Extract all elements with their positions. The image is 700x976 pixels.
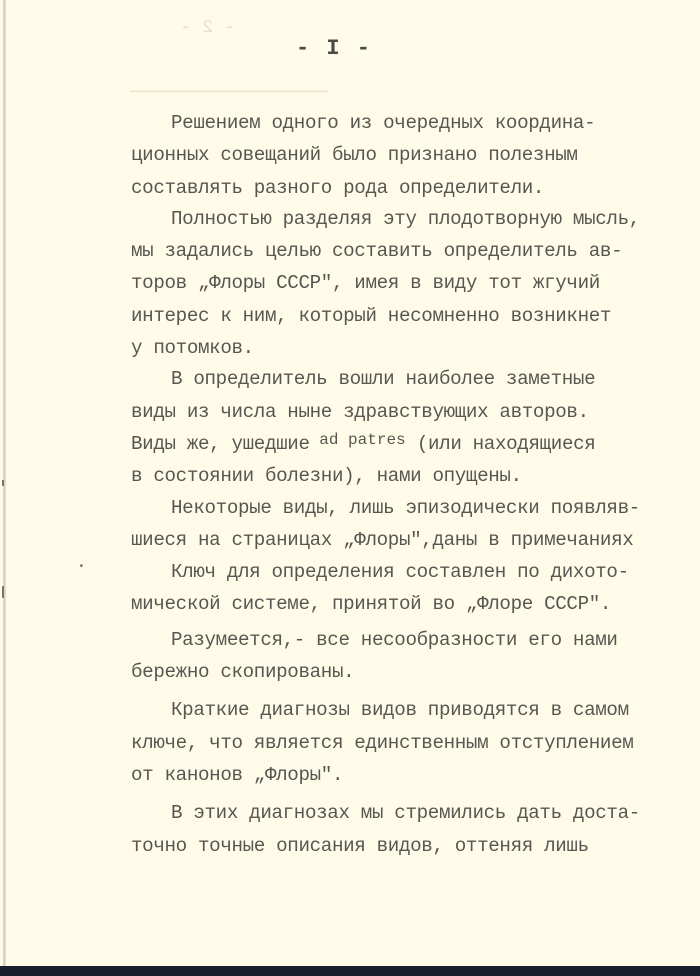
text-line: торов „Флоры СССР", имея в виду тот жгуч… bbox=[131, 267, 700, 299]
line-text: интерес к ним, который несомненно возник… bbox=[131, 305, 611, 327]
text-line: мы задались целью составить определитель… bbox=[131, 235, 700, 267]
margin-mark bbox=[2, 586, 4, 598]
margin-mark bbox=[2, 480, 4, 486]
line-text: мы задались целью составить определитель… bbox=[131, 240, 622, 262]
text-line: шиеся на страницах „Флоры",даны в примеч… bbox=[131, 524, 700, 556]
line-text: в состоянии болезни), нами опущены. bbox=[131, 465, 522, 487]
text-line: Виды же, ушедшие ad patres (или находящи… bbox=[131, 428, 700, 460]
margin-dot: . bbox=[76, 553, 87, 573]
line-text: В определитель вошли наиболее заметные bbox=[171, 368, 595, 390]
page-number: - I - bbox=[296, 36, 372, 61]
line-text: от канонов „Флоры". bbox=[131, 764, 343, 786]
latin-phrase: ad patres bbox=[310, 431, 406, 449]
text-line: Решением одного из очередных координа- bbox=[131, 107, 700, 139]
text-line: от канонов „Флоры". bbox=[131, 759, 700, 791]
scan-bottom-edge bbox=[0, 966, 700, 976]
text-line: мической системе, принятой во „Флоре ССС… bbox=[131, 588, 700, 620]
line-text-rest: (или находящиеся bbox=[406, 433, 596, 455]
text-line: у потомков. bbox=[131, 332, 700, 364]
line-text: у потомков. bbox=[131, 337, 254, 359]
text-line: интерес к ним, который несомненно возник… bbox=[131, 300, 700, 332]
text-line: Ключ для определения составлен по дихото… bbox=[131, 556, 700, 588]
line-text: Некоторые виды, лишь эпизодически появля… bbox=[171, 497, 640, 519]
text-line: В этих диагнозах мы стремились дать дост… bbox=[131, 797, 700, 829]
text-line: составлять разного рода определители. bbox=[131, 172, 700, 204]
text-line: точно точные описания видов, оттеняя лиш… bbox=[131, 830, 700, 862]
line-text: мической системе, принятой во „Флоре ССС… bbox=[131, 593, 611, 615]
line-text: Решением одного из очередных координа- bbox=[171, 112, 595, 134]
text-line: Некоторые виды, лишь эпизодически появля… bbox=[131, 492, 700, 524]
line-text: составлять разного рода определители. bbox=[131, 177, 544, 199]
text-line: Полностью разделяя эту плодотворную мысл… bbox=[131, 203, 700, 235]
text-line: Краткие диагнозы видов приводятся в само… bbox=[131, 694, 700, 726]
line-text: Виды же, ушедшие bbox=[131, 433, 310, 455]
text-line: в состоянии болезни), нами опущены. bbox=[131, 460, 700, 492]
scanned-page: - 2 - —————————————————— - I - Решением … bbox=[0, 0, 700, 966]
text-line: ционных совещаний было признано полезным bbox=[131, 139, 700, 171]
line-text: В этих диагнозах мы стремились дать дост… bbox=[171, 802, 640, 824]
line-text: Краткие диагнозы видов приводятся в само… bbox=[171, 699, 629, 721]
line-text: точно точные описания видов, оттеняя лиш… bbox=[131, 835, 589, 857]
text-line: виды из числа ныне здравствующих авторов… bbox=[131, 396, 700, 428]
line-text: торов „Флоры СССР", имея в виду тот жгуч… bbox=[131, 272, 600, 294]
line-text: ционных совещаний было признано полезным bbox=[131, 144, 578, 166]
text-line: Разумеется,- все несообразности его нами bbox=[131, 624, 700, 656]
bleed-through-text: - 2 - bbox=[180, 18, 235, 38]
line-text: Ключ для определения составлен по дихото… bbox=[171, 561, 629, 583]
line-text: шиеся на страницах „Флоры",даны в примеч… bbox=[131, 529, 633, 551]
line-text: виды из числа ныне здравствующих авторов… bbox=[131, 401, 589, 423]
bleed-through-text: —————————————————— bbox=[130, 82, 328, 102]
line-text: ключе, что является единственным отступл… bbox=[131, 732, 633, 754]
text-line: бережно скопированы. bbox=[131, 656, 700, 688]
document-body: Решением одного из очередных координа-ци… bbox=[131, 107, 700, 862]
line-text: Полностью разделяя эту плодотворную мысл… bbox=[171, 208, 640, 230]
line-text: Разумеется,- все несообразности его нами bbox=[171, 629, 618, 651]
text-line: В определитель вошли наиболее заметные bbox=[131, 363, 700, 395]
line-text: бережно скопированы. bbox=[131, 661, 354, 683]
text-line: ключе, что является единственным отступл… bbox=[131, 727, 700, 759]
